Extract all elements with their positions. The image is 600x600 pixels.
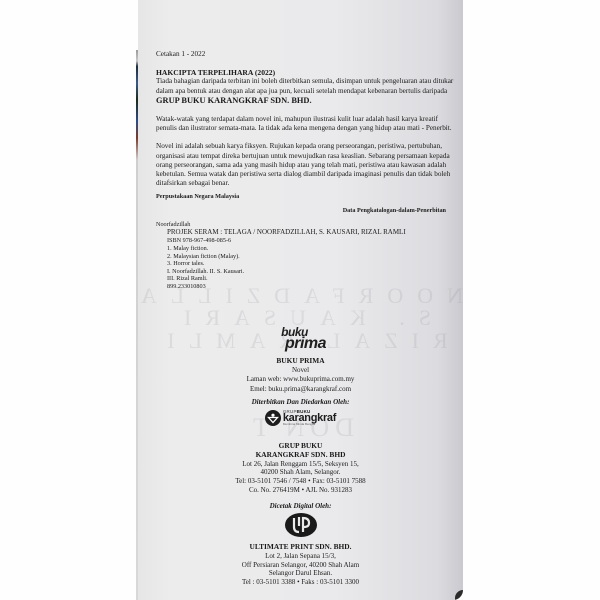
copyright-title: HAKCIPTA TERPELIHARA (2022) <box>156 68 456 77</box>
karangkraf-logo: GRUPBUKU karangkraf Membina Minda Bangsa <box>138 409 463 426</box>
ultimate-print-logo-icon <box>138 512 463 538</box>
cip-subject: III. Rizal Ramli. <box>167 275 456 283</box>
karangkraf-wordmark: GRUPBUKU karangkraf Membina Minda Bangsa <box>283 409 336 426</box>
cip-heading: Data Pengkatalogan-dalam-Penerbitan <box>343 206 446 215</box>
printer-address: Selangor Darul Ehsan. <box>138 569 463 578</box>
publisher-address: Lot 26, Jalan Renggam 15/5, Seksyen 15, <box>138 460 463 469</box>
karangkraf-emblem-icon <box>265 410 281 426</box>
buku-prima-logo: buku prima <box>138 327 463 349</box>
printer-phone: Tel : 03-5101 3388 • Faks : 03-5101 3300 <box>138 578 463 587</box>
book-copyright-page: NOORFADZILLAH S. KAUSARI RIZAL RAMLI DON… <box>138 0 463 600</box>
cip-isbn: ISBN 978-967-498-085-6 <box>167 237 456 245</box>
printer-address: Lot 2, Jalan Sepana 15/3, <box>138 552 463 561</box>
cip-title-line: PROJEK SERAM : TELAGA / NOORFADZILLAH, S… <box>167 228 456 237</box>
copyright-notice: HAKCIPTA TERPELIHARA (2022) Tiada bahagi… <box>156 68 456 106</box>
publisher-address: 40200 Shah Alam, Selangor. <box>138 468 463 477</box>
publisher-phone: Tel: 03-5101 7546 / 7548 • Fax: 03-5101 … <box>138 477 463 486</box>
cip-library: Perpustakaan Negara Malaysia <box>156 192 239 201</box>
characters-disclaimer: Watak-watak yang terdapat dalam novel in… <box>156 115 456 133</box>
cip-subject: 1. Malay fiction. <box>167 245 456 253</box>
cip-author: Noorfadzillah <box>156 221 456 229</box>
cip-subject: 3. Horror tales. <box>167 260 456 268</box>
publisher-name: KARANGKRAF SDN. BHD <box>138 451 463 460</box>
copyright-company: GRUP BUKU KARANGKRAF SDN. BHD. <box>156 96 312 105</box>
photo-stage: NOORFADZILLAH S. KAUSARI RIZAL RAMLI DON… <box>0 0 600 600</box>
imprint-info: BUKU PRIMA Novel Laman web: www.bukuprim… <box>138 356 463 394</box>
cip-record: Noorfadzillah PROJEK SERAM : TELAGA / NO… <box>156 221 456 291</box>
imprint-website: Laman web: www.bukuprima.com.my <box>138 375 463 385</box>
cip-entries: PROJEK SERAM : TELAGA / NOORFADZILLAH, S… <box>156 228 456 290</box>
publisher-info: GRUP BUKU KARANGKRAF SDN. BHD Lot 26, Ja… <box>138 442 463 495</box>
imprint-name: BUKU PRIMA <box>138 356 463 366</box>
printer-name: ULTIMATE PRINT SDN. BHD. <box>138 543 463 552</box>
copyright-text: Tiada bahagian daripada terbitan ini bol… <box>156 77 453 94</box>
logo-word-prima: prima <box>148 338 463 349</box>
cip-subject: 2. Malaysian fiction (Malay). <box>167 253 456 261</box>
cip-header-right: Data Pengkatalogan-dalam-Penerbitan <box>156 200 456 215</box>
printed-by-label: Dicetak Digital Oleh: <box>138 502 463 510</box>
printing-edition: Cetakan 1 - 2022 <box>156 50 456 59</box>
copyright-content: Cetakan 1 - 2022 HAKCIPTA TERPELIHARA (2… <box>156 50 456 291</box>
karangkraf-name: karangkraf <box>283 414 336 422</box>
printer-address: Off Persiaran Selangor, 40200 Shah Alam <box>138 561 463 570</box>
cip-classification: 899.233010803 <box>167 283 456 291</box>
distribution-label: Diterbitkan Dan Diedarkan Oleh: <box>138 398 463 406</box>
karangkraf-tagline: Membina Minda Bangsa <box>283 422 315 426</box>
imprint-email: Emel: buku.prima@karangkraf.com <box>138 385 463 395</box>
cip-subject: I. Noorfadzillah. II. S. Kausari. <box>167 268 456 276</box>
fiction-disclaimer: Novel ini adalah sebuah karya fiksyen. R… <box>156 142 456 188</box>
publisher-registration: Co. No. 276419M • AJL No. 931283 <box>138 486 463 495</box>
printer-info: ULTIMATE PRINT SDN. BHD. Lot 2, Jalan Se… <box>138 543 463 587</box>
imprint-genre: Novel <box>138 366 463 376</box>
